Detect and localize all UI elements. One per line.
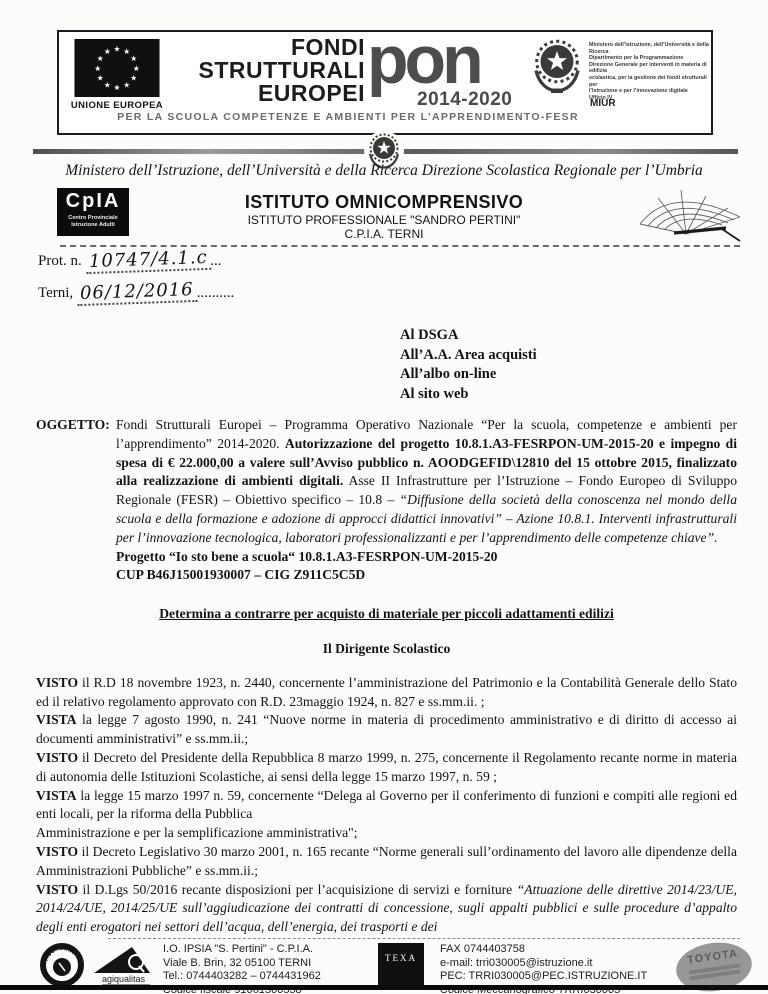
eu-flag-icon: ★★★ ★★★ ★★★ ★★★ (73, 39, 161, 97)
footer-address-line: Viale B. Brin, 32 05100 TERNI (163, 957, 363, 971)
visto-text: la legge 7 agosto 1990, n. 241 “Nuove no… (36, 712, 737, 746)
miur-label: MIUR (590, 98, 616, 109)
header-banner-caption: PER LA SCUOLA COMPETENZE E AMBIENTI PER … (95, 111, 601, 123)
visto-lead: VISTO (36, 844, 78, 859)
agiqualitas-label: agiqualitas (102, 974, 146, 984)
visto-lead: VISTO (36, 750, 78, 765)
fondi-line2: STRUTTURALI (177, 59, 365, 82)
header-logo-box: ★★★ ★★★ ★★★ ★★★ UNIONE EUROPEA FONDI STR… (57, 30, 713, 135)
determina-title: Determina a contrarre per acquisto di ma… (36, 605, 737, 624)
pon-logo: pon (367, 24, 480, 96)
visto-text: Amministrazione e per la semplificazione… (36, 825, 358, 840)
prot-trailing-dots: ... (210, 253, 221, 269)
visto-paragraph: VISTO il Decreto del Presidente della Re… (36, 749, 737, 787)
scan-edge-bar (0, 985, 768, 990)
visto-lead: VISTA (36, 788, 77, 803)
date-trailing-dots: .......... (197, 285, 235, 301)
oggetto-label: OGGETTO: (36, 416, 110, 435)
svg-text:★: ★ (104, 81, 111, 90)
footer-address-line: I.O. IPSIA "S. Pertini" - C.P.I.A. (163, 943, 363, 957)
visto-paragraph: VISTO il Decreto Legislativo 30 marzo 20… (36, 843, 737, 881)
italy-emblem-icon (527, 36, 587, 96)
svg-text:★: ★ (123, 81, 130, 90)
visto-paragraph: VISTA la legge 7 agosto 1990, n. 241 “Nu… (36, 711, 737, 749)
footer: ACCREDIA agiqualitas I.O. IPSIA "S. Pert… (0, 942, 768, 990)
recipient-line: Al sito web (400, 385, 537, 405)
visto-paragraph: VISTO il D.Lgs 50/2016 recante disposizi… (36, 881, 737, 937)
footer-address-line: Tel.: 0744403282 – 0744431962 (163, 970, 363, 984)
prot-handwritten-value: 10747/4.1.c (85, 247, 210, 274)
footer-divider (108, 938, 740, 939)
visto-lead: VISTA (36, 712, 77, 727)
miur-line: Ministero dell’Istruzione, dell’Universi… (589, 42, 711, 55)
document-page: ★★★ ★★★ ★★★ ★★★ UNIONE EUROPEA FONDI STR… (0, 0, 768, 994)
svg-text:★: ★ (97, 74, 104, 83)
svg-text:★: ★ (97, 54, 104, 63)
visto-text: il Decreto Legislativo 30 marzo 2001, n.… (36, 844, 737, 878)
recipient-line: All’A.A. Area acquisti (400, 346, 537, 366)
main-text-column: OGGETTO: Fondi Strutturali Europei – Pro… (36, 416, 737, 937)
visto-paragraph: VISTO il R.D 18 novembre 1923, n. 2440, … (36, 674, 737, 712)
agiqualitas-logo: agiqualitas (92, 945, 158, 989)
miur-line: Direzione Generale per interventi in mat… (589, 62, 711, 75)
svg-text:★: ★ (130, 74, 137, 83)
ministry-line: Ministero dell’Istruzione, dell’Universi… (0, 162, 768, 180)
oggetto-paragraph: OGGETTO: Fondi Strutturali Europei – Pro… (36, 416, 737, 585)
fondi-line1: FONDI (177, 36, 365, 59)
eu-flag-label: UNIONE EUROPEA (59, 100, 175, 111)
visto-text: il R.D 18 novembre 1923, n. 2440, concer… (36, 675, 737, 709)
svg-text:★: ★ (94, 64, 101, 73)
miur-text-block: Ministero dell’Istruzione, dell’Universi… (589, 42, 711, 101)
fondi-strutturali-logo: FONDI STRUTTURALI EUROPEI (177, 36, 365, 105)
recipient-line: All’albo on-line (400, 365, 537, 385)
recipients-block: Al DSGA All’A.A. Area acquisti All’albo … (400, 326, 537, 404)
footer-fax-line: FAX 0744403758 (440, 943, 675, 957)
visto-text: la legge 15 marzo 1997 n. 59, concernent… (36, 788, 737, 822)
texa-label: TEXA (385, 952, 417, 966)
project-line: Progetto “Io sto bene a scuola“ 10.8.1.A… (116, 548, 737, 567)
city-label: Terni, (38, 285, 73, 301)
svg-text:★: ★ (104, 47, 111, 56)
visto-lead: VISTO (36, 675, 78, 690)
footer-email-line: e-mail: trri030005@istruzione.it (440, 957, 675, 971)
dashed-divider (60, 245, 740, 247)
footer-pec-line: PEC: TRRI030005@PEC.ISTRUZIONE.IT (440, 970, 675, 984)
miur-line: scolastica, per la gestione dei fondi st… (589, 75, 711, 88)
prot-label: Prot. n. (38, 253, 82, 269)
web-sketch-icon (636, 184, 746, 246)
protocol-line: Prot. n. 10747/4.1.c... (38, 249, 222, 272)
visto-paragraph-continuation: Amministrazione e per la semplificazione… (36, 824, 737, 843)
svg-text:★: ★ (133, 64, 140, 73)
visto-text: il D.Lgs 50/2016 recante disposizioni pe… (78, 882, 517, 897)
visto-paragraph: VISTA la legge 15 marzo 1997 n. 59, conc… (36, 787, 737, 825)
visto-lead: VISTO (36, 882, 78, 897)
svg-text:★: ★ (114, 45, 121, 54)
date-line: Terni, 06/12/2016.......... (38, 281, 234, 304)
recipient-line: Al DSGA (400, 326, 537, 346)
svg-text:★: ★ (123, 47, 130, 56)
cup-cig-line: CUP B46J15001930007 – CIG Z911C5C5D (116, 566, 737, 585)
fondi-line3: EUROPEI (177, 82, 365, 105)
dirigente-title: Il Dirigente Scolastico (36, 640, 737, 659)
visto-text: il Decreto del Presidente della Repubbli… (36, 750, 737, 784)
miur-line: Dipartimento per la Programmazione (589, 55, 711, 62)
date-handwritten-value: 06/12/2016 (77, 279, 197, 306)
svg-text:★: ★ (114, 83, 121, 92)
texa-logo: TEXA (378, 943, 424, 988)
miur-line: l’Istruzione e per l’innovazione digital… (589, 88, 711, 95)
pon-years: 2014-2020 (417, 89, 512, 111)
accredia-logo: ACCREDIA (40, 943, 84, 987)
svg-text:★: ★ (130, 54, 137, 63)
